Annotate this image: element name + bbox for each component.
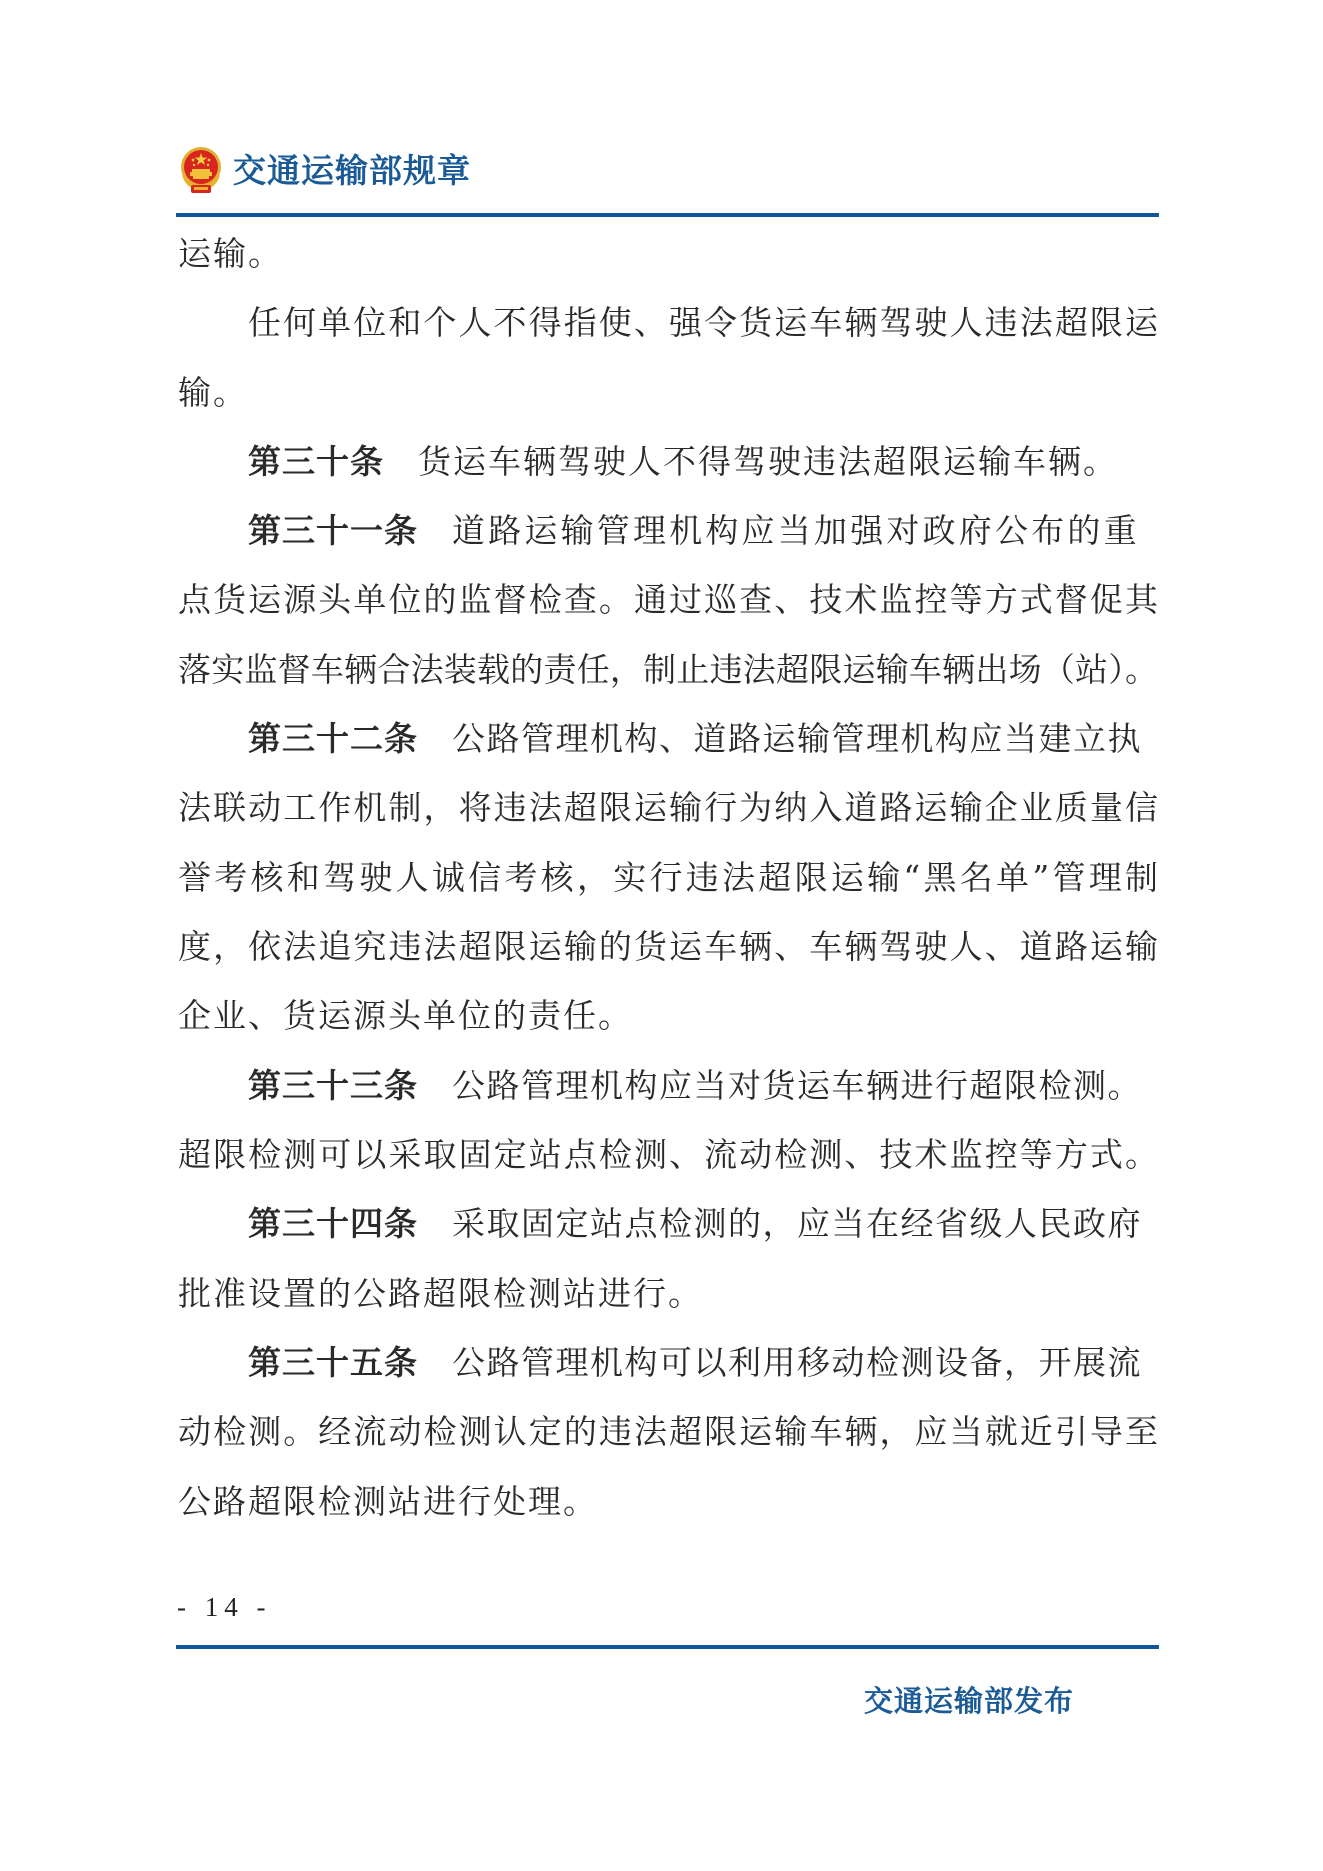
header-title: 交通运输部规章: [233, 154, 471, 187]
text-line: 批准设置的公路超限检测站进行。: [178, 1259, 1158, 1328]
line-text: 度，依法追究违法超限运输的货运车辆、车辆驾驶人、道路运输: [178, 927, 1158, 966]
text-line: 点货运源头单位的监督检查。通过巡查、技术监控等方式督促其: [178, 565, 1158, 634]
line-text: 公路管理机构应当对货运车辆进行超限检测。: [452, 1066, 1142, 1105]
line-text: 超限检测可以采取固定站点检测、流动检测、技术监控等方式。: [178, 1135, 1158, 1174]
line-text: 货运车辆驾驶人不得驾驶违法超限运输车辆。: [418, 442, 1118, 481]
footer-rule: [176, 1645, 1159, 1649]
article-32-line: 第三十二条公路管理机构、道路运输管理机构应当建立执: [178, 704, 1158, 773]
footer-publisher: 交通运输部发布: [864, 1679, 1074, 1720]
article-30-line: 第三十条货运车辆驾驶人不得驾驶违法超限运输车辆。: [178, 427, 1158, 496]
article-heading: 第三十四条: [248, 1204, 418, 1243]
article-35-line: 第三十五条公路管理机构可以利用移动检测设备，开展流: [178, 1328, 1158, 1397]
line-text: 运输。: [178, 234, 283, 273]
line-text: 公路管理机构可以利用移动检测设备，开展流: [452, 1343, 1142, 1382]
header-rule: [176, 213, 1159, 217]
line-text: 点货运源头单位的监督检查。通过巡查、技术监控等方式督促其: [178, 580, 1158, 619]
line-text: 公路管理机构、道路运输管理机构应当建立执: [452, 719, 1142, 758]
text-line: 输。: [178, 358, 1158, 427]
text-line: 誉考核和驾驶人诚信考核，实行违法超限运输“黑名单”管理制: [178, 843, 1158, 912]
line-text: 公路超限检测站进行处理。: [178, 1482, 598, 1521]
article-heading: 第三十五条: [248, 1343, 418, 1382]
line-text: 输。: [178, 373, 248, 412]
line-text: 批准设置的公路超限检测站进行。: [178, 1274, 703, 1313]
article-heading: 第三十二条: [248, 719, 418, 758]
text-line: 落实监督车辆合法装载的责任，制止违法超限运输车辆出场（站）。: [178, 635, 1158, 704]
article-34-line: 第三十四条采取固定站点检测的，应当在经省级人民政府: [178, 1189, 1158, 1258]
text-line: 公路超限检测站进行处理。: [178, 1467, 1158, 1536]
line-text: 法联动工作机制，将违法超限运输行为纳入道路运输企业质量信: [178, 788, 1158, 827]
line-text: 道路运输管理机构应当加强对政府公布的重: [452, 511, 1140, 550]
national-emblem-icon: [178, 145, 224, 195]
text-line: 超限检测可以采取固定站点检测、流动检测、技术监控等方式。: [178, 1120, 1158, 1189]
text-line: 企业、货运源头单位的责任。: [178, 981, 1158, 1050]
article-heading: 第三十条: [248, 442, 384, 481]
text-line: 动检测。经流动检测认定的违法超限运输车辆，应当就近引导至: [178, 1397, 1158, 1466]
line-text: 企业、货运源头单位的责任。: [178, 996, 633, 1035]
page-number: - 14 -: [177, 1592, 271, 1623]
article-heading: 第三十三条: [248, 1066, 418, 1105]
text-line: 任何单位和个人不得指使、强令货运车辆驾驶人违法超限运: [178, 288, 1158, 357]
line-text: 落实监督车辆合法装载的责任，制止违法超限运输车辆出场（站）。: [178, 650, 1158, 689]
article-heading: 第三十一条: [248, 511, 418, 550]
article-31-line: 第三十一条道路运输管理机构应当加强对政府公布的重: [178, 496, 1158, 565]
text-line: 运输。: [178, 219, 1158, 288]
line-text: 采取固定站点检测的，应当在经省级人民政府: [452, 1204, 1142, 1243]
line-text: 任何单位和个人不得指使、强令货运车辆驾驶人违法超限运: [248, 303, 1158, 342]
document-page: 交通运输部规章 运输。 任何单位和个人不得指使、强令货运车辆驾驶人违法超限运 输…: [0, 0, 1323, 1871]
text-line: 度，依法追究违法超限运输的货运车辆、车辆驾驶人、道路运输: [178, 912, 1158, 981]
article-33-line: 第三十三条公路管理机构应当对货运车辆进行超限检测。: [178, 1051, 1158, 1120]
line-text: 动检测。经流动检测认定的违法超限运输车辆，应当就近引导至: [178, 1412, 1158, 1451]
text-line: 法联动工作机制，将违法超限运输行为纳入道路运输企业质量信: [178, 773, 1158, 842]
line-text: 誉考核和驾驶人诚信考核，实行违法超限运输“黑名单”管理制: [178, 858, 1158, 897]
page-header: 交通运输部规章: [178, 140, 471, 200]
